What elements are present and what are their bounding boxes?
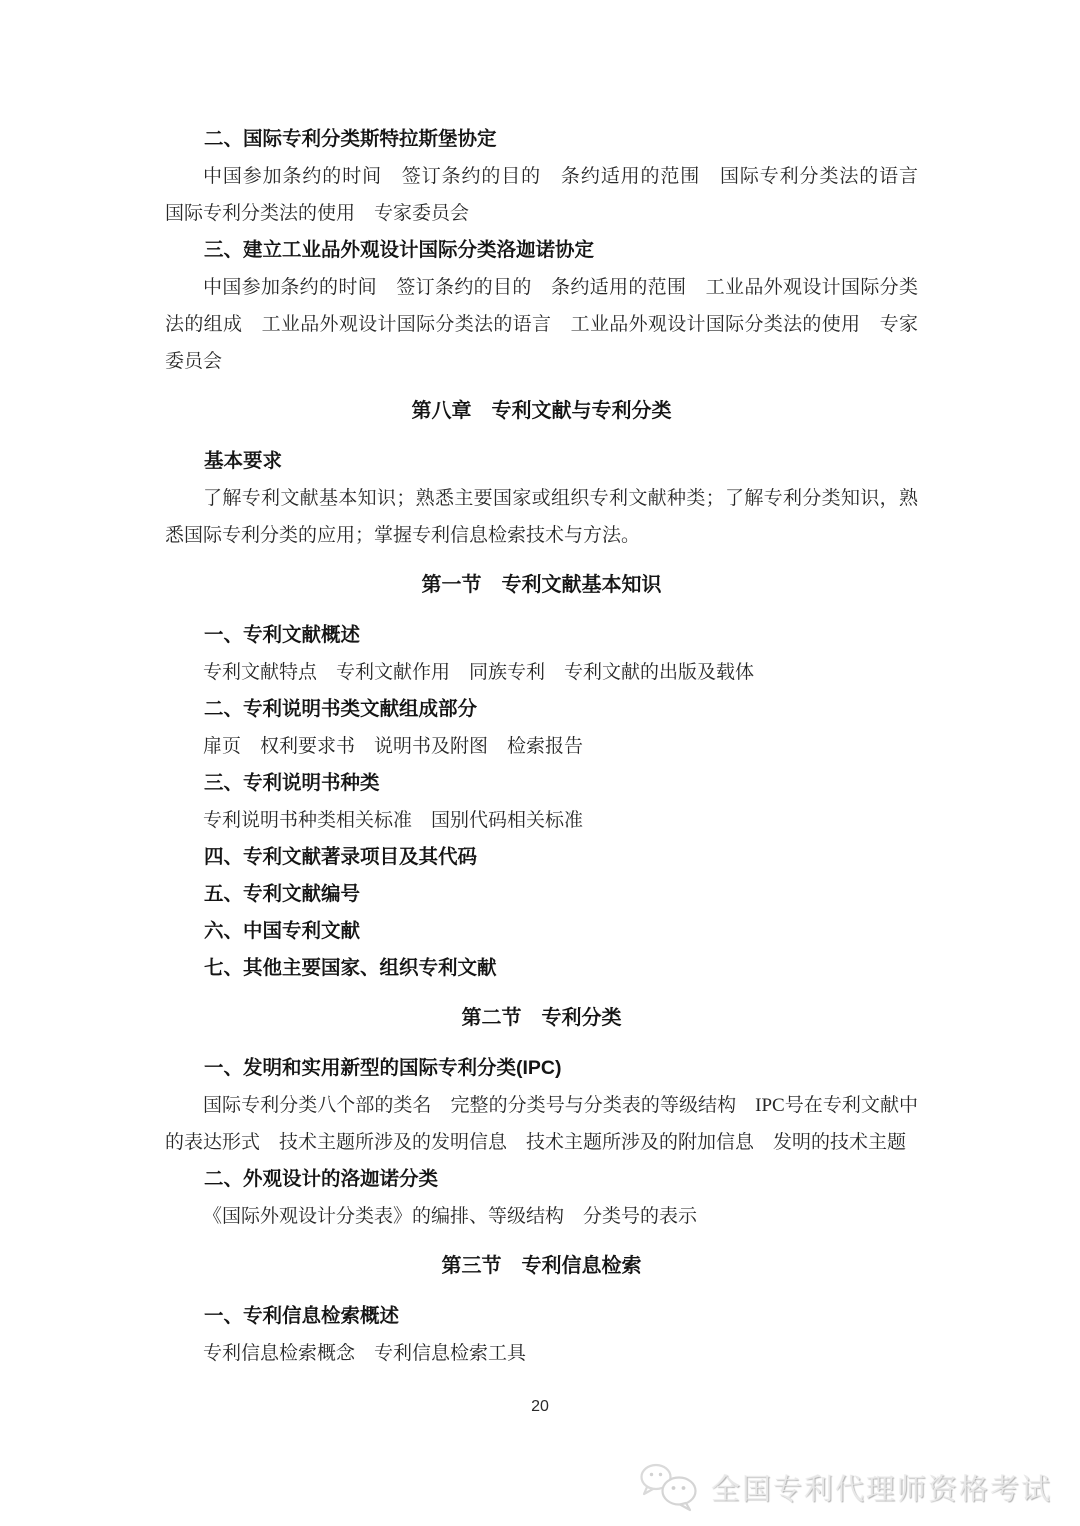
sub-heading: 一、专利信息检索概述	[165, 1298, 918, 1335]
sub-heading: 四、专利文献著录项目及其代码	[165, 839, 918, 876]
page-number: 20	[0, 1398, 1080, 1416]
sub-heading: 六、中国专利文献	[165, 913, 918, 950]
paragraph: 国际专利分类八个部的类名 完整的分类号与分类表的等级结构 IPC号在专利文献中的…	[165, 1087, 918, 1161]
wechat-logo-icon	[638, 1460, 702, 1514]
section-heading: 第三节 专利信息检索	[165, 1248, 918, 1285]
section-heading: 第二节 专利分类	[165, 1000, 918, 1037]
watermark: 全国专利代理师资格考试	[638, 1460, 1052, 1514]
section-heading: 第一节 专利文献基本知识	[165, 567, 918, 604]
paragraph: 专利文献特点 专利文献作用 同族专利 专利文献的出版及载体	[165, 654, 918, 691]
document-body: 二、国际专利分类斯特拉斯堡协定中国参加条约的时间 签订条约的目的 条约适用的范围…	[165, 121, 918, 1372]
sub-heading: 一、发明和实用新型的国际专利分类(IPC)	[165, 1050, 918, 1087]
sub-heading: 一、专利文献概述	[165, 617, 918, 654]
sub-heading: 二、国际专利分类斯特拉斯堡协定	[165, 121, 918, 158]
sub-heading: 三、建立工业品外观设计国际分类洛迦诺协定	[165, 232, 918, 269]
paragraph: 了解专利文献基本知识；熟悉主要国家或组织专利文献种类；了解专利分类知识，熟悉国际…	[165, 480, 918, 554]
sub-heading: 基本要求	[165, 443, 918, 480]
paragraph: 中国参加条约的时间 签订条约的目的 条约适用的范围 工业品外观设计国际分类法的组…	[165, 269, 918, 380]
paragraph: 《国际外观设计分类表》的编排、等级结构 分类号的表示	[165, 1198, 918, 1235]
sub-heading: 三、专利说明书种类	[165, 765, 918, 802]
sub-heading: 二、专利说明书类文献组成部分	[165, 691, 918, 728]
paragraph: 专利说明书种类相关标准 国别代码相关标准	[165, 802, 918, 839]
paragraph: 中国参加条约的时间 签订条约的目的 条约适用的范围 国际专利分类法的语言 国际专…	[165, 158, 918, 232]
sub-heading: 七、其他主要国家、组织专利文献	[165, 950, 918, 987]
chapter-heading: 第八章 专利文献与专利分类	[165, 393, 918, 430]
paragraph: 专利信息检索概念 专利信息检索工具	[165, 1335, 918, 1372]
watermark-text: 全国专利代理师资格考试	[711, 1467, 1052, 1508]
paragraph: 扉页 权利要求书 说明书及附图 检索报告	[165, 728, 918, 765]
document-page: 二、国际专利分类斯特拉斯堡协定中国参加条约的时间 签订条约的目的 条约适用的范围…	[0, 0, 1080, 1526]
sub-heading: 二、外观设计的洛迦诺分类	[165, 1161, 918, 1198]
sub-heading: 五、专利文献编号	[165, 876, 918, 913]
